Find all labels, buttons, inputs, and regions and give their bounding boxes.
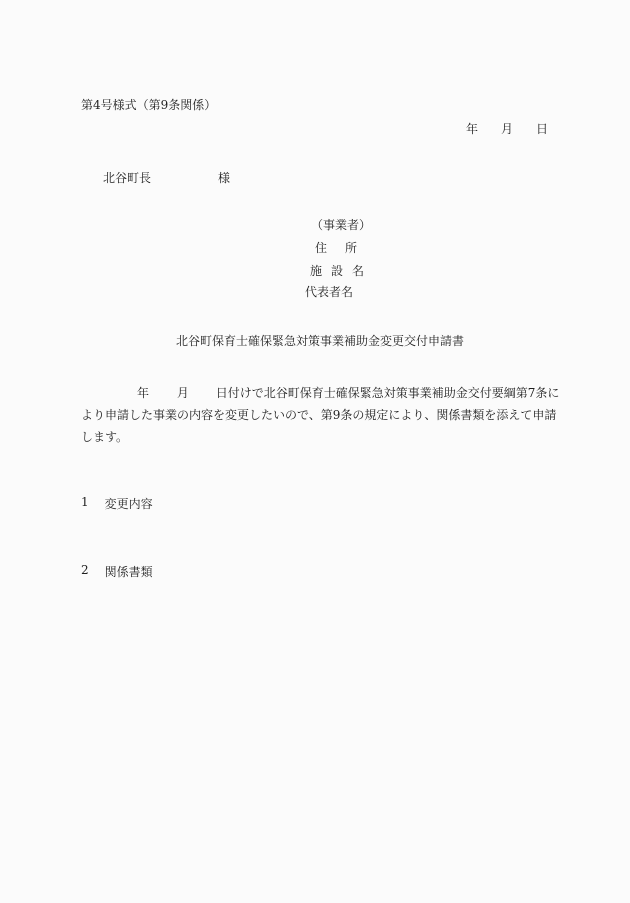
honorific: 様 (218, 169, 230, 186)
body-line-1: 年 月 日付けで北谷町保育士確保緊急対策事業補助金交付要綱第7条に (81, 382, 561, 404)
body-paragraph: 年 月 日付けで北谷町保育士確保緊急対策事業補助金交付要綱第7条に より申請した… (81, 382, 561, 448)
body-line-1-text: 日付けで北谷町保育士確保緊急対策事業補助金交付要綱第7条に (216, 386, 560, 400)
list-item-related-documents: 2 関係書類 (81, 563, 153, 580)
document-title: 北谷町保育士確保緊急対策事業補助金変更交付申請書 (0, 332, 630, 349)
body-line-3: します。 (81, 426, 561, 448)
form-number: 第4号様式（第9条関係） (81, 96, 216, 113)
item-number: 1 (81, 495, 89, 512)
day-label: 日 (536, 120, 548, 137)
facility-name-label: 施設名 (310, 262, 373, 279)
body-month-label: 月 (177, 386, 189, 400)
item-number: 2 (81, 563, 89, 580)
list-item-change-contents: 1 変更内容 (81, 495, 153, 512)
item-label: 関係書類 (105, 563, 153, 580)
representative-label: 代表者名 (305, 283, 353, 300)
item-label: 変更内容 (105, 495, 153, 512)
addressee-name: 北谷町長 (103, 169, 151, 186)
issue-date-line: 年 月 日 (466, 120, 548, 137)
month-label: 月 (501, 120, 513, 137)
address-label: 住所 (315, 239, 375, 256)
operator-heading: （事業者） (311, 216, 371, 233)
body-year-label: 年 (137, 386, 149, 400)
body-line-2: より申請した事業の内容を変更したいので、第9条の規定により、関係書類を添えて申請 (81, 404, 561, 426)
addressee-line: 北谷町長 様 (103, 169, 230, 186)
year-label: 年 (466, 120, 478, 137)
